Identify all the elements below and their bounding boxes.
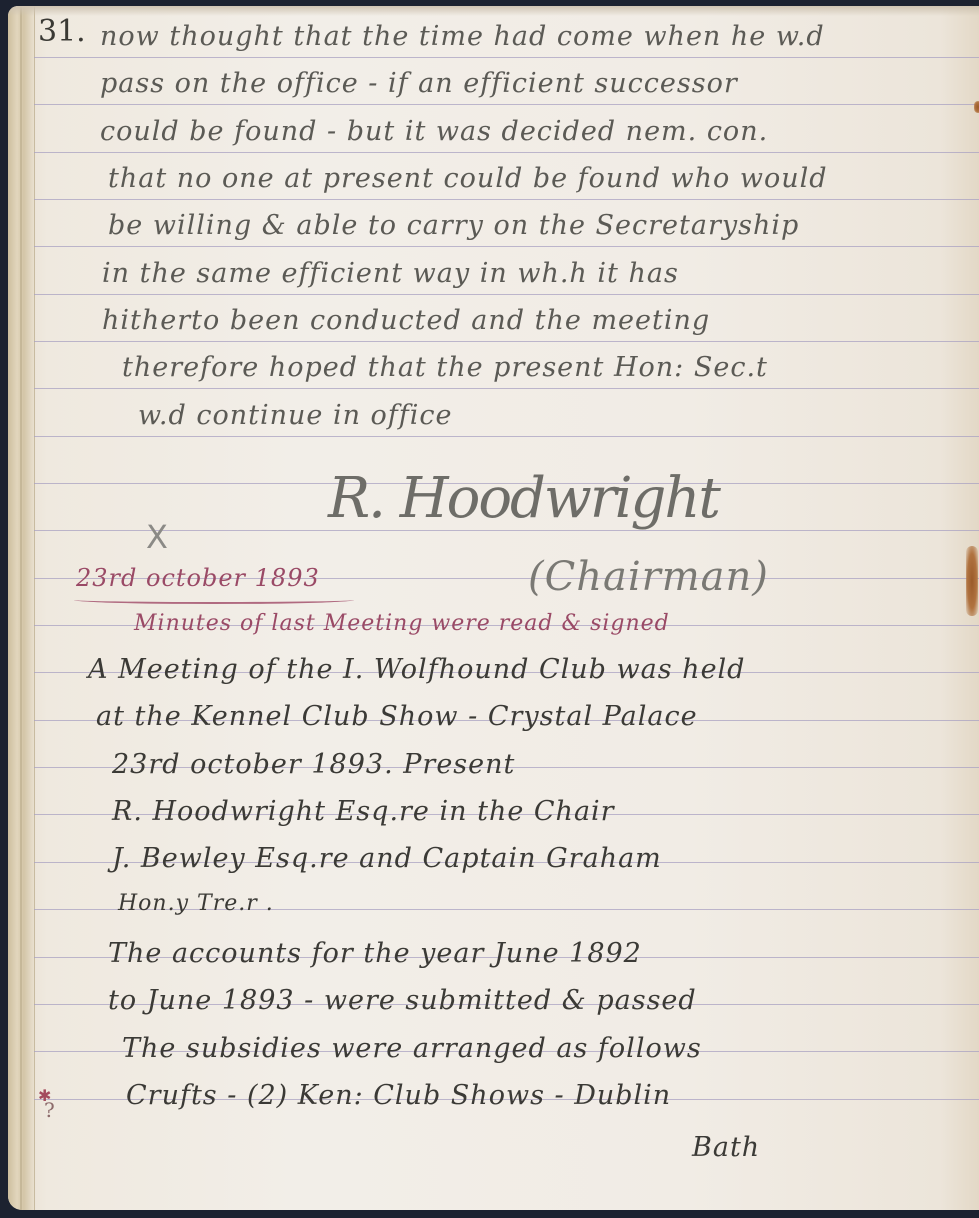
text-line: 23rd october 1893. Present [112,749,515,780]
rust-stain [974,101,979,113]
text-line: The accounts for the year June 1892 [108,938,642,969]
ruled-line [34,246,979,247]
ruled-line [34,388,979,389]
text-line: Hon.y Tre.r . [118,891,274,916]
text-line: Crufts - (2) Ken: Club Shows - Dublin [126,1080,671,1111]
text-line: hitherto been conducted and the meeting [102,305,710,336]
text-line: Bath [692,1132,760,1163]
page-top-shadow [8,6,979,16]
ruled-line [34,436,979,437]
signature-title: (Chairman) [528,554,769,600]
ruled-line [34,341,979,342]
ruled-line [34,152,979,153]
text-line: w.d continue in office [138,400,453,431]
text-line: J. Bewley Esq.re and Captain Graham [112,843,662,874]
rust-stain [966,546,978,616]
notebook-page: 31. now thought that the time had come w… [8,6,979,1210]
minutes-note: Minutes of last Meeting were read & sign… [134,611,670,636]
date-heading: 23rd october 1893 [76,564,320,592]
text-line: be willing & able to carry on the Secret… [108,210,799,241]
text-line: A Meeting of the I. Wolfhound Club was h… [88,654,745,685]
text-line: in the same efficient way in wh.h it has [102,258,679,289]
chairman-signature: R. Hoodwright [328,466,719,531]
text-line: now thought that the time had come when … [100,21,825,52]
text-line: therefore hoped that the present Hon: Se… [122,352,768,383]
text-line: could be found - but it was decided nem.… [100,116,768,147]
text-line: pass on the office - if an efficient suc… [100,68,738,99]
text-line: The subsidies were arranged as follows [122,1033,702,1064]
page-number: 31. [38,14,86,49]
margin-cross-mark: X [146,518,168,556]
text-line: to June 1893 - were submitted & passed [108,985,697,1016]
text-line: at the Kennel Club Show - Crystal Palace [96,701,698,732]
margin-query-mark: ? [44,1098,55,1122]
text-line: that no one at present could be found wh… [108,163,828,194]
date-heading-underline [74,596,354,604]
text-line: R. Hoodwright Esq.re in the Chair [112,796,615,827]
page-binding [8,6,35,1210]
ruled-line [34,57,979,58]
ruled-line [34,199,979,200]
ruled-line [34,294,979,295]
ruled-line [34,104,979,105]
